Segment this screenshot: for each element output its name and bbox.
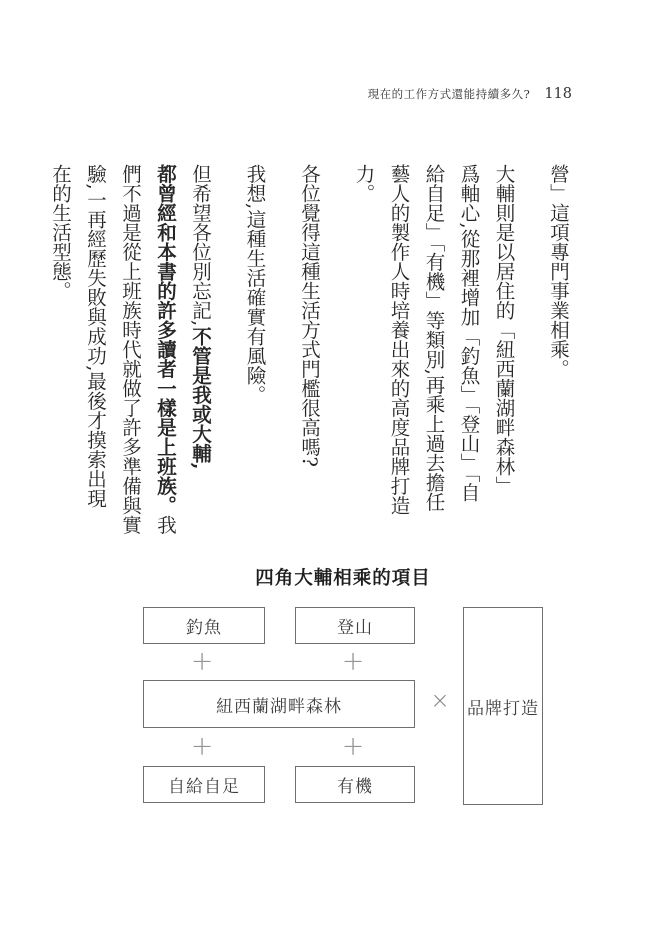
diagram-box-self-sufficiency: 自給自足 (143, 766, 265, 803)
plus-icon: + (339, 647, 367, 675)
text-segment: 藝人的製作人時培養出來的高度品牌打造 (388, 164, 411, 515)
text-segment: 在的生活型態。 (49, 164, 72, 301)
text-segment-bold: 都曾經和本書的許多讀者一樣是上班族。 (154, 164, 177, 515)
text-column: 我想,這種生活確實有風險。 (238, 164, 293, 560)
diagram-box-branding: 品牌打造 (463, 607, 543, 805)
text-column: 藝人的製作人時培養出來的高度品牌打造 (382, 164, 417, 560)
text-column: 給自足」「有機」等類別,再乘上過去擔任 (417, 164, 452, 560)
text-segment: 爲軸心,從那裡增加「釣魚」「登山」「自 (458, 164, 481, 502)
diagram-box-climbing: 登山 (295, 607, 415, 644)
text-segment: 驗,一再經歷失敗與成功,最後才摸索出現 (84, 164, 107, 508)
vertical-text-block: 營」這項專門事業相乘。大輔則是以居住的「紐西蘭湖畔森林」爲軸心,從那裡增加「釣魚… (121, 164, 576, 560)
multiply-icon: × (426, 687, 454, 715)
text-column: 營」這項專門事業相乘。 (541, 164, 576, 560)
text-segment: 力。 (353, 164, 376, 203)
text-segment: 大輔則是以居住的「紐西蘭湖畔森林」 (493, 164, 516, 496)
plus-icon: + (188, 647, 216, 675)
running-title: 現在的工作方式還能持續多久? (368, 86, 531, 102)
text-column: 驗,一再經歷失敗與成功,最後才摸索出現 (78, 164, 113, 560)
plus-icon: + (339, 732, 367, 760)
page-number: 118 (544, 86, 572, 102)
diagram-title: 四角大輔相乘的項目 (143, 564, 543, 590)
text-segment: 我想,這種生活確實有風險。 (244, 164, 267, 404)
text-column: 在的生活型態。 (43, 164, 78, 560)
text-segment-bold: 不管是我或大輔, (189, 326, 212, 469)
diagram-box-fishing: 釣魚 (143, 607, 265, 644)
text-segment: 們不過是從上班族時代就做了許多準備與實 (119, 164, 142, 535)
text-column: 大輔則是以居住的「紐西蘭湖畔森林」 (487, 164, 542, 560)
plus-icon: + (188, 732, 216, 760)
text-column: 但希望各位別忘記,不管是我或大輔, (183, 164, 238, 560)
text-segment: 給自足」「有機」等類別,再乘上過去擔任 (423, 164, 446, 511)
text-column: 各位覺得這種生活方式門檻很高嗎? (292, 164, 347, 560)
multiplication-diagram: 釣魚 登山 品牌打造 紐西蘭湖畔森林 自給自足 有機 + + + + × (143, 604, 543, 805)
text-segment: 但希望各位別忘記, (189, 164, 212, 326)
text-segment: 我 (154, 515, 177, 535)
text-segment: 各位覺得這種生活方式門檻很高嗎? (298, 164, 321, 467)
text-column: 都曾經和本書的許多讀者一樣是上班族。我 (148, 164, 183, 560)
text-segment: 營」這項專門事業相乘。 (547, 164, 570, 379)
book-page: 現在的工作方式還能持續多久? 118 營」這項專門事業相乘。大輔則是以居住的「紐… (0, 0, 663, 932)
diagram-box-forest: 紐西蘭湖畔森林 (143, 680, 415, 728)
text-column: 力。 (347, 164, 382, 560)
text-column: 爲軸心,從那裡增加「釣魚」「登山」「自 (452, 164, 487, 560)
text-column: 們不過是從上班族時代就做了許多準備與實 (113, 164, 148, 560)
diagram-box-organic: 有機 (295, 766, 415, 803)
running-header: 現在的工作方式還能持續多久? 118 (368, 86, 572, 102)
